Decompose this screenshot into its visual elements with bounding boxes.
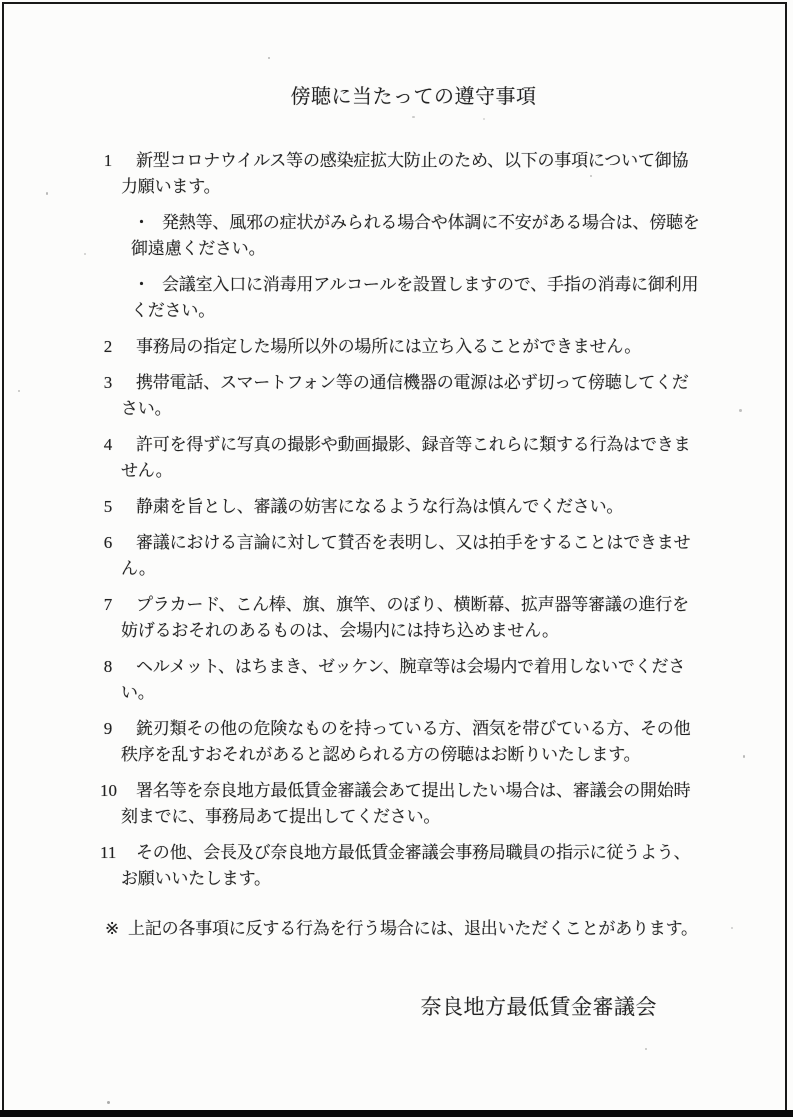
scan-speck <box>645 1048 647 1050</box>
rule-1-bullet-2: ・会議室入口に消毒用アルコールを設置しますので、手指の消毒に御利用ください。 <box>131 272 700 324</box>
rule-number: 1 <box>100 148 116 174</box>
rule-number: 6 <box>100 530 116 556</box>
bullet-text: 会議室入口に消毒用アルコールを設置しますので、手指の消毒に御利用ください。 <box>131 275 698 320</box>
rule-item-11: 11その他、会長及び奈良地方最低賃金審議会事務局職員の指示に従うよう、お願いいた… <box>121 840 696 892</box>
scanned-document-page: 傍聴に当たっての遵守事項 1新型コロナウイルス等の感染症拡大防止のため、以下の事… <box>0 0 793 1120</box>
rule-number: 7 <box>100 592 116 618</box>
rule-item-10: 10署名等を奈良地方最低賃金審議会あて提出したい場合は、審議会の開始時刻までに、… <box>121 778 696 830</box>
rule-item-6: 6審議における言論に対して賛否を表明し、又は拍手をすることはできません。 <box>121 530 696 582</box>
rule-text: 事務局の指定した場所以外の場所には立ち入ることができません。 <box>136 337 641 356</box>
rule-text: 銃刃類その他の危険なものを持っている方、酒気を帯びている方、その他秩序を乱すおそ… <box>121 719 690 764</box>
rule-text: 携帯電話、スマートフォン等の通信機器の電源は必ず切って傍聴してください。 <box>121 373 689 418</box>
rule-item-5: 5静粛を旨とし、審議の妨害になるような行為は慎んでください。 <box>121 494 696 520</box>
rule-text: ヘルメット、はちまき、ゼッケン、腕章等は会場内で着用しないでください。 <box>121 657 685 702</box>
footnote-text: 上記の各事項に反する行為を行う場合には、退出いただくことがあります。 <box>128 919 698 938</box>
rule-number: 3 <box>100 370 116 396</box>
footnote: ※上記の各事項に反する行為を行う場合には、退出いただくことがあります。 <box>128 916 728 942</box>
rule-text: 署名等を奈良地方最低賃金審議会あて提出したい場合は、審議会の開始時刻までに、事務… <box>121 781 690 826</box>
rule-text: 許可を得ずに写真の撮影や動画撮影、録音等これらに類する行為はできません。 <box>121 435 690 480</box>
rule-item-7: 7プラカード、こん棒、旗、旗竿、のぼり、横断幕、拡声器等審議の進行を妨げるおそれ… <box>121 592 696 644</box>
rule-item-1: 1新型コロナウイルス等の感染症拡大防止のため、以下の事項について御協力願います。 <box>121 148 696 200</box>
rule-item-9: 9銃刃類その他の危険なものを持っている方、酒気を帯びている方、その他秩序を乱すお… <box>121 716 696 768</box>
rule-item-8: 8ヘルメット、はちまき、ゼッケン、腕章等は会場内で着用しないでください。 <box>121 654 696 706</box>
rule-number: 5 <box>100 494 116 520</box>
rule-text: その他、会長及び奈良地方最低賃金審議会事務局職員の指示に従うよう、お願いいたしま… <box>121 843 690 888</box>
page-title: 傍聴に当たっての遵守事項 <box>17 0 793 112</box>
bullet-icon: ・ <box>133 210 150 236</box>
rule-number: 8 <box>100 654 116 680</box>
bullet-icon: ・ <box>133 272 150 298</box>
rule-item-2: 2事務局の指定した場所以外の場所には立ち入ることができません。 <box>121 334 696 360</box>
rule-item-3: 3携帯電話、スマートフォン等の通信機器の電源は必ず切って傍聴してください。 <box>121 370 696 422</box>
rule-number: 2 <box>100 334 116 360</box>
rule-1-bullet-1: ・発熱等、風邪の症状がみられる場合や体調に不安がある場合は、傍聴を御遠慮ください… <box>131 210 700 262</box>
reference-mark-icon: ※ <box>105 916 119 942</box>
rule-number: 4 <box>100 432 116 458</box>
scan-edge-bar <box>0 1110 793 1117</box>
bullet-text: 発熱等、風邪の症状がみられる場合や体調に不安がある場合は、傍聴を御遠慮ください。 <box>131 213 700 258</box>
rule-number: 11 <box>100 840 116 866</box>
rule-text: 新型コロナウイルス等の感染症拡大防止のため、以下の事項について御協力願います。 <box>121 151 688 196</box>
signature: 奈良地方最低賃金審議会 <box>0 992 793 1022</box>
rule-text: 審議における言論に対して賛否を表明し、又は拍手をすることはできません。 <box>121 533 690 578</box>
rule-number: 9 <box>100 716 116 742</box>
rule-text: 静粛を旨とし、審議の妨害になるような行為は慎んでください。 <box>136 497 623 516</box>
rule-number: 10 <box>100 778 116 804</box>
document-body: 傍聴に当たっての遵守事項 1新型コロナウイルス等の感染症拡大防止のため、以下の事… <box>0 0 793 1022</box>
scan-speck <box>107 1101 110 1104</box>
rule-item-4: 4許可を得ずに写真の撮影や動画撮影、録音等これらに類する行為はできません。 <box>121 432 696 484</box>
rule-text: プラカード、こん棒、旗、旗竿、のぼり、横断幕、拡声器等審議の進行を妨げるおそれの… <box>121 595 689 640</box>
